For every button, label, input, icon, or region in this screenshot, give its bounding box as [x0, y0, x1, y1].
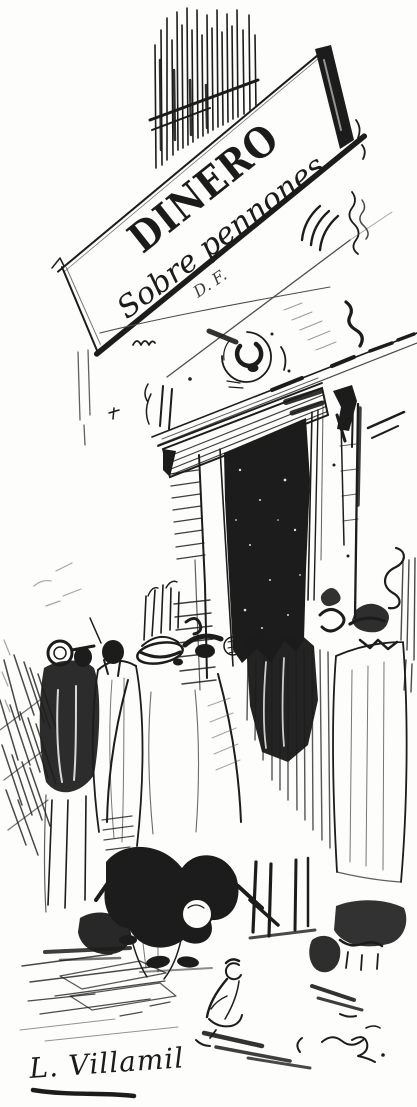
illustration-canvas: DINERO Sobre pennones D. F.: [0, 0, 417, 1107]
door-emblem: [209, 331, 291, 388]
door-right-jamb: [308, 404, 404, 618]
foreground-dark-blob: [309, 936, 340, 972]
pawnshop-illustration: DINERO Sobre pennones D. F.: [0, 0, 417, 1107]
crouching-child: [207, 959, 242, 1038]
plume-strokes: [144, 581, 179, 640]
artist-signature-group: L. Villamil: [27, 1041, 185, 1096]
shawled-figure: [93, 640, 143, 850]
foreground-paving: [20, 954, 178, 1041]
right-corbel: [333, 385, 357, 447]
dark-doorway: [224, 418, 310, 663]
signature-underline: [33, 1090, 134, 1096]
artist-signature: L. Villamil: [27, 1041, 185, 1085]
right-coat-figure: [320, 558, 415, 970]
